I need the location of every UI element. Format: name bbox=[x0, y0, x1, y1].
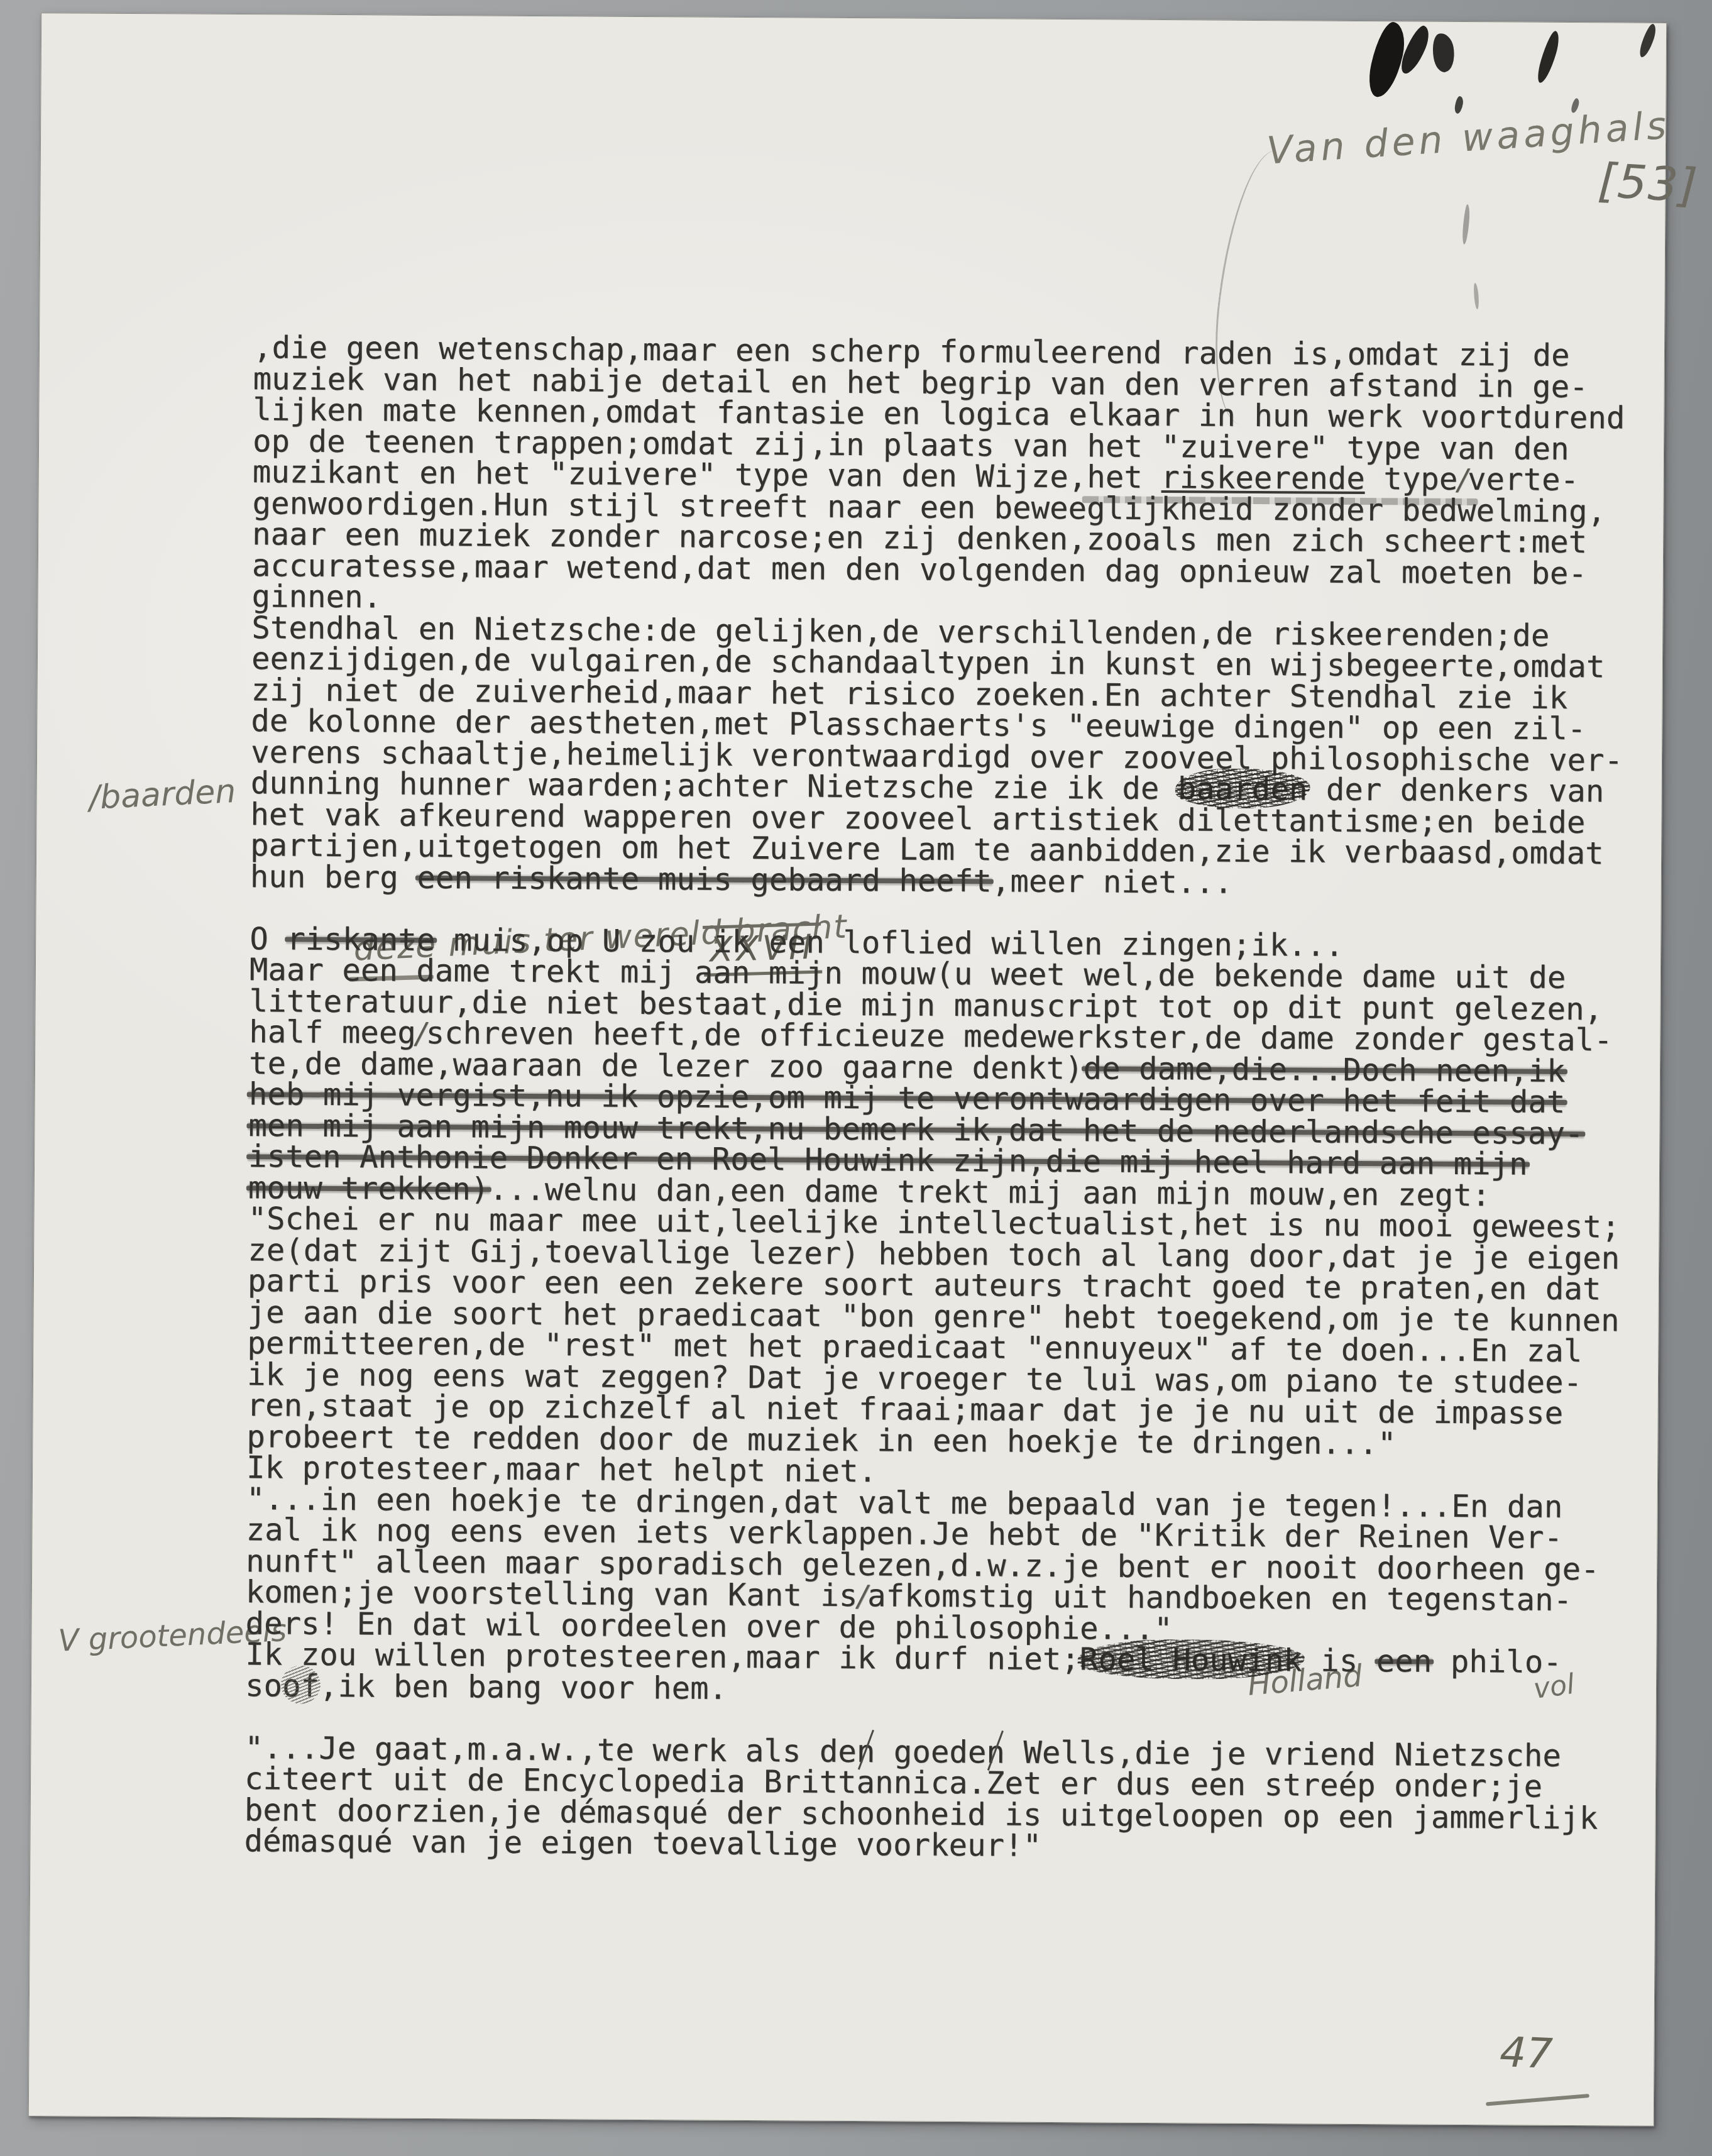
typed-segment: ,meer niet... bbox=[992, 863, 1233, 900]
margin-note-baarden: /baarden bbox=[88, 773, 236, 817]
scan-background: Van den waaghals [53] /baarden deze muis… bbox=[0, 0, 1712, 2156]
typed-segment-strike: mouw trekken) bbox=[248, 1170, 490, 1207]
typed-segment: is bbox=[1302, 1642, 1376, 1679]
manuscript-page: Van den waaghals [53] /baarden deze muis… bbox=[28, 13, 1667, 2126]
typed-segment: démasqué van je eigen toevallige voorkeu… bbox=[244, 1823, 1041, 1864]
ink-smudge bbox=[1430, 31, 1457, 74]
typed-segment-strike: een riskante muis gebaard heeft bbox=[417, 859, 992, 899]
typed-segment-scrib: Roel Houwink bbox=[1080, 1641, 1302, 1678]
typed-segment-cx: n bbox=[857, 1734, 875, 1769]
ink-smudge bbox=[1638, 23, 1659, 59]
typed-segment-scrib: baarden bbox=[1178, 771, 1308, 807]
underline-stroke bbox=[1486, 2094, 1589, 2106]
ink-smudge bbox=[1535, 30, 1562, 85]
typed-segment-strike: een bbox=[1376, 1643, 1432, 1680]
typed-segment-cx: n bbox=[986, 1734, 1005, 1770]
typed-segment: hun berg bbox=[250, 859, 417, 896]
typed-segment: ,ik ben bang voor hem. bbox=[319, 1668, 727, 1706]
ink-drip bbox=[1462, 204, 1471, 245]
typed-segment-hw: / bbox=[416, 1016, 426, 1050]
typed-segment: philo- bbox=[1432, 1644, 1562, 1680]
handwritten-page-number: 47 bbox=[1499, 2028, 1554, 2078]
typed-segment-strike: riskante bbox=[287, 921, 435, 957]
ink-drip bbox=[1473, 283, 1479, 309]
typed-text: ,die geen wetenschap,maar een scherp for… bbox=[244, 332, 1699, 1866]
handwritten-page-ref: [53] bbox=[1596, 153, 1700, 213]
typed-segment-hwover: of bbox=[282, 1668, 319, 1703]
typed-line: accuratesse,maar wetend,dat men den volg… bbox=[252, 550, 1698, 590]
typed-segment-hw: / bbox=[857, 1579, 867, 1613]
typed-segment-hw: / bbox=[1457, 463, 1468, 497]
ink-smudge bbox=[1454, 96, 1464, 114]
